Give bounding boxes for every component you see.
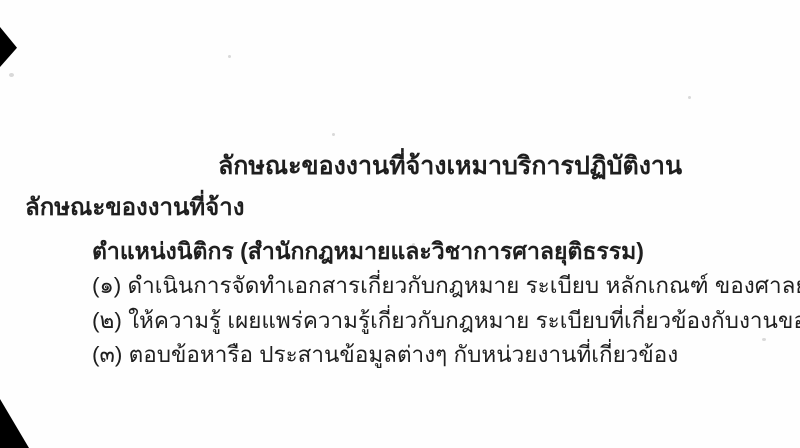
scan-corner-artifact-top-left	[0, 27, 17, 67]
position-heading: ตำแหน่งนิติกร (สำนักกฎหมายและวิชาการศาลย…	[92, 234, 797, 269]
scan-corner-artifact-bottom-left	[0, 399, 29, 448]
job-description-body: ตำแหน่งนิติกร (สำนักกฎหมายและวิชาการศาลย…	[92, 234, 797, 373]
duty-line-1: (๑) ดำเนินการจัดทำเอกสารเกี่ยวกับกฎหมาย …	[92, 269, 797, 304]
duty-line-2: (๒) ให้ความรู้ เผยแพร่ความรู้เกี่ยวกับกฎ…	[92, 304, 797, 339]
section-heading: ลักษณะของงานที่จ้าง	[25, 190, 244, 226]
scan-speck	[688, 96, 691, 99]
scanned-document-page: ลักษณะของงานที่จ้างเหมาบริการปฏิบัติงาน …	[0, 0, 800, 448]
duty-line-3: (๓) ตอบข้อหารือ ประสานข้อมูลต่างๆ กับหน่…	[92, 338, 797, 373]
scan-speck	[228, 55, 231, 58]
document-title: ลักษณะของงานที่จ้างเหมาบริการปฏิบัติงาน	[100, 147, 800, 185]
scan-speck	[9, 73, 14, 77]
scan-speck	[332, 133, 335, 136]
